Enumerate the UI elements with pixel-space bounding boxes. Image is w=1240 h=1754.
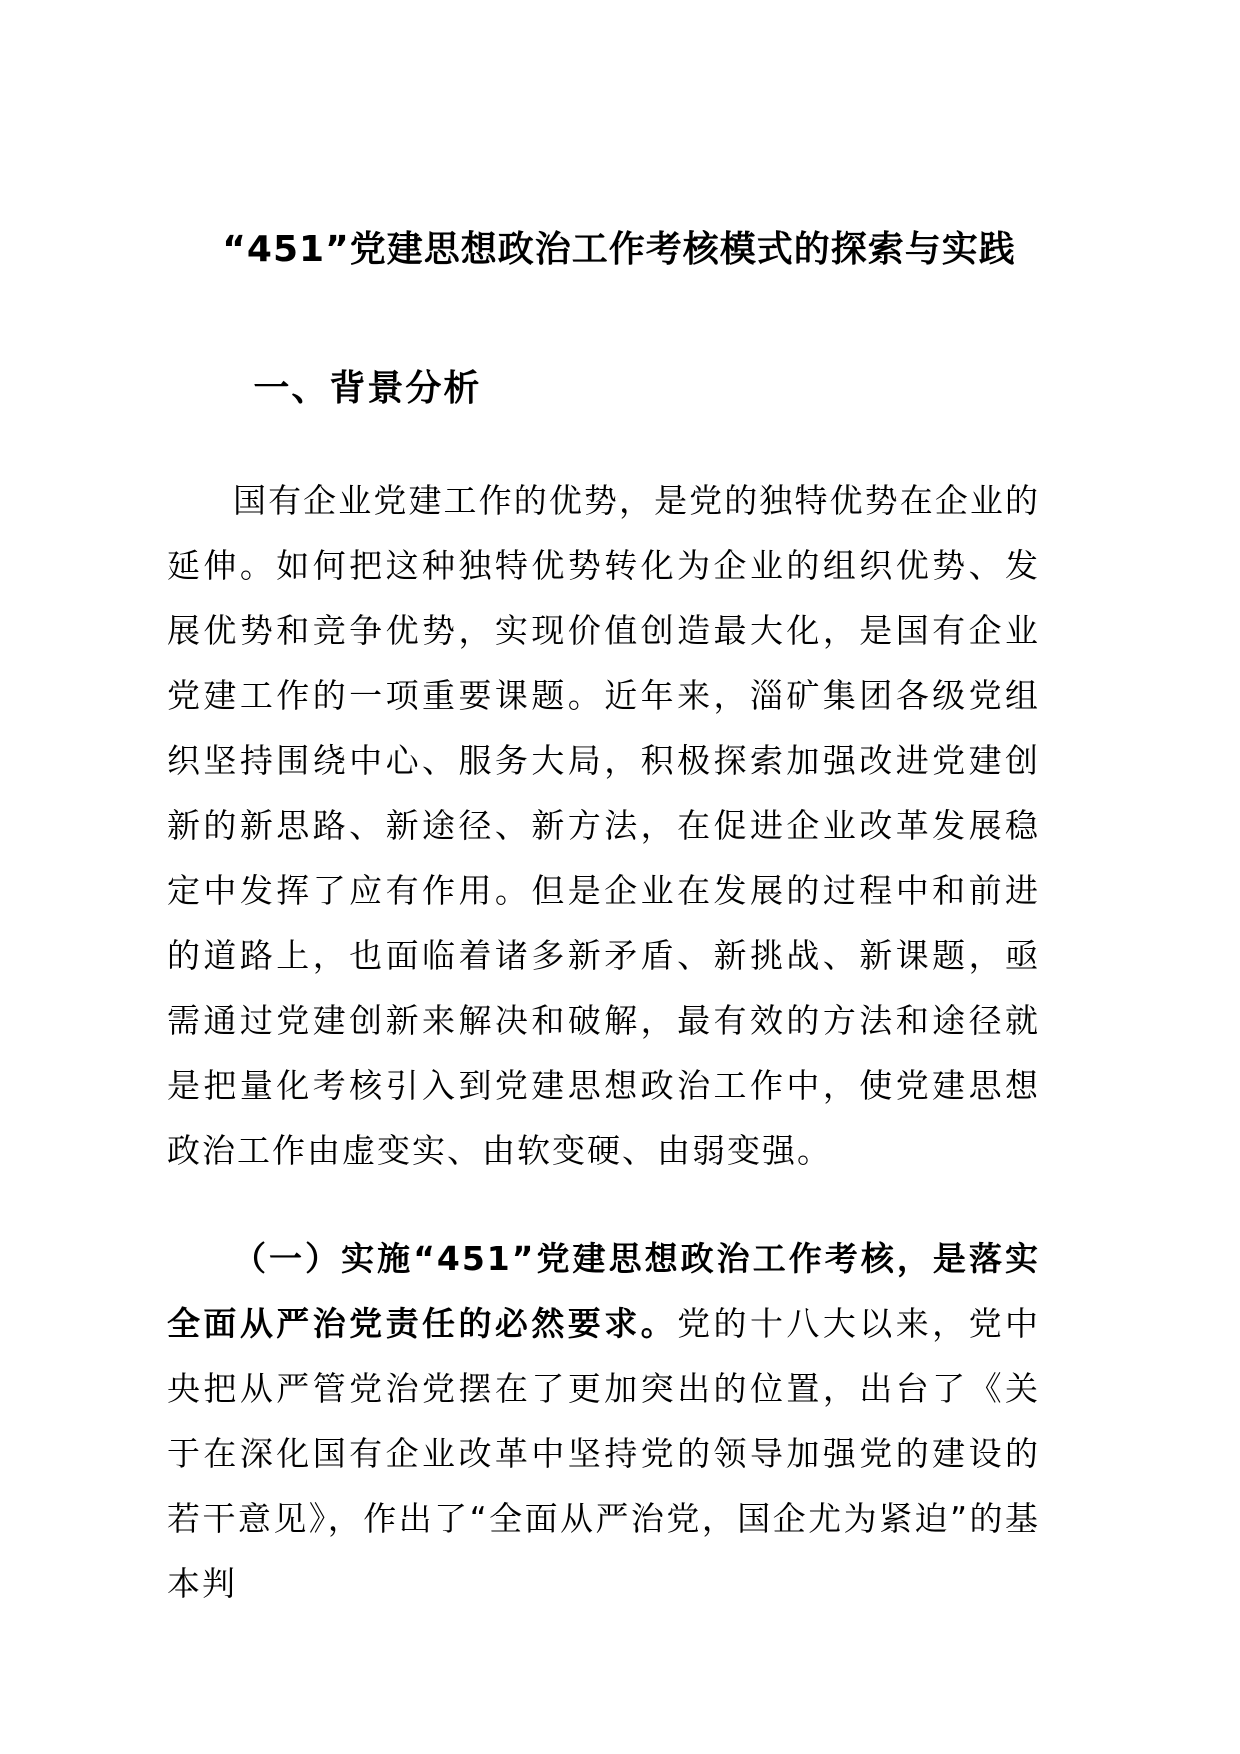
document-title: “451”党建思想政治工作考核模式的探索与实践: [167, 226, 1071, 274]
paragraph-subsection-1: （一）实施“451”党建思想政治工作考核，是落实全面从严治党责任的必然要求。党的…: [167, 1226, 1040, 1616]
paragraph-background-analysis: 国有企业党建工作的优势，是党的独特优势在企业的延伸。如何把这种独特优势转化为企业…: [167, 468, 1040, 1183]
document-page: “451”党建思想政治工作考核模式的探索与实践 一、背景分析 国有企业党建工作的…: [0, 0, 1240, 1754]
subsection-1-body-text: 党的十八大以来，党中央把从严管党治党摆在了更加突出的位置，出台了《关于在深化国有…: [167, 1304, 1040, 1603]
section-heading-background-analysis: 一、背景分析: [167, 365, 1071, 413]
